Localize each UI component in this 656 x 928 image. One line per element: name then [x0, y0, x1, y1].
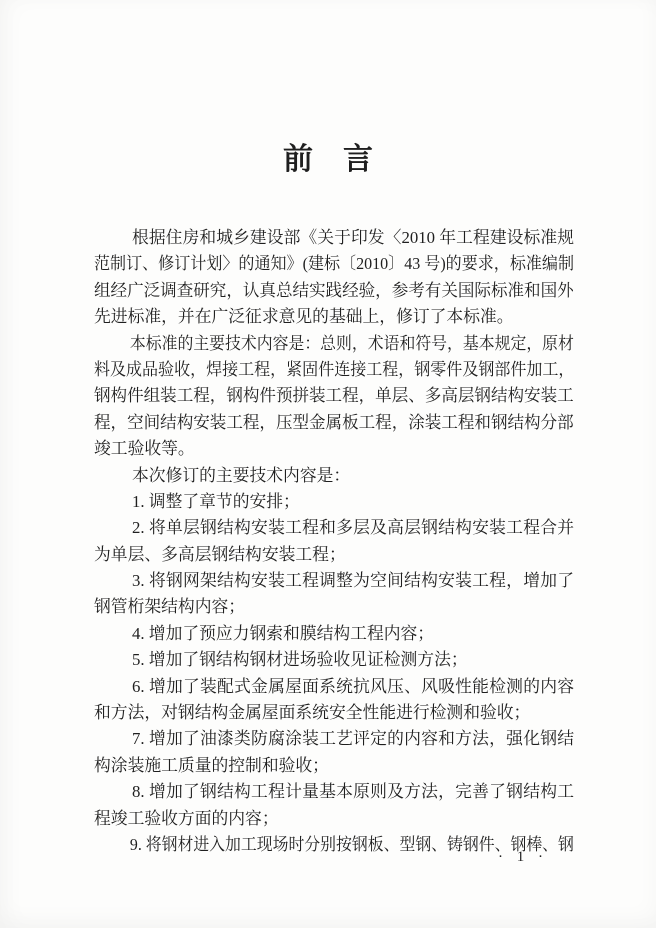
text-line: 8. 增加了钢结构工程计量基本原则及方法，完善了钢结构工	[94, 779, 574, 805]
text-line: 构涂装施工质量的控制和验收；	[94, 753, 574, 779]
text-line: 钢构件组装工程，钢构件预拼装工程，单层、多高层钢结构安装工	[94, 383, 567, 409]
text-line: 6. 增加了装配式金属屋面系统抗风压、风吸性能检测的内容	[94, 674, 574, 700]
text-line: 程，空间结构安装工程，压型金属板工程，涂装工程和钢结构分部	[94, 410, 567, 436]
body-text: 根据住房和城乡建设部《关于印发〈2010 年工程建设标准规范制订、修订计划〉的通…	[94, 225, 574, 858]
text-line: 范制订、修订计划〉的通知》(建标〔2010〕43 号)的要求，标准编制	[94, 251, 553, 277]
text-line: 1. 调整了章节的安排；	[94, 489, 574, 515]
page-title: 前 言	[0, 144, 656, 176]
text-line: 程竣工验收方面的内容；	[94, 806, 574, 832]
text-line: 竣工验收等。	[94, 436, 574, 462]
page-number: · 1 ·	[94, 849, 574, 866]
text-line: 4. 增加了预应力钢索和膜结构工程内容；	[94, 621, 574, 647]
text-line: 组经广泛调查研究，认真总结实践经验，参考有关国际标准和国外	[94, 278, 567, 304]
text-line: 7. 增加了油漆类防腐涂装工艺评定的内容和方法，强化钢结	[94, 726, 574, 752]
document-page: 前 言 根据住房和城乡建设部《关于印发〈2010 年工程建设标准规范制订、修订计…	[0, 0, 656, 928]
text-line: 先进标准，并在广泛征求意见的基础上，修订了本标准。	[94, 304, 574, 330]
text-line: 和方法，对钢结构金属屋面系统安全性能进行检测和验收；	[94, 700, 574, 726]
text-line: 料及成品验收，焊接工程，紧固件连接工程，钢零件及钢部件加工，	[94, 357, 552, 383]
text-line: 根据住房和城乡建设部《关于印发〈2010 年工程建设标准规	[94, 225, 574, 251]
text-line: 3. 将钢网架结构安装工程调整为空间结构安装工程，增加了	[94, 568, 574, 594]
text-line: 2. 将单层钢结构安装工程和多层及高层钢结构安装工程合并	[94, 515, 574, 541]
text-line: 钢管桁架结构内容；	[94, 594, 574, 620]
text-line: 5. 增加了钢结构钢材进场验收见证检测方法；	[94, 647, 574, 673]
text-line: 本次修订的主要技术内容是：	[94, 463, 574, 489]
text-line: 本标准的主要技术内容是：总则，术语和符号，基本规定，原材	[94, 331, 548, 357]
text-line: 为单层、多高层钢结构安装工程；	[94, 542, 574, 568]
